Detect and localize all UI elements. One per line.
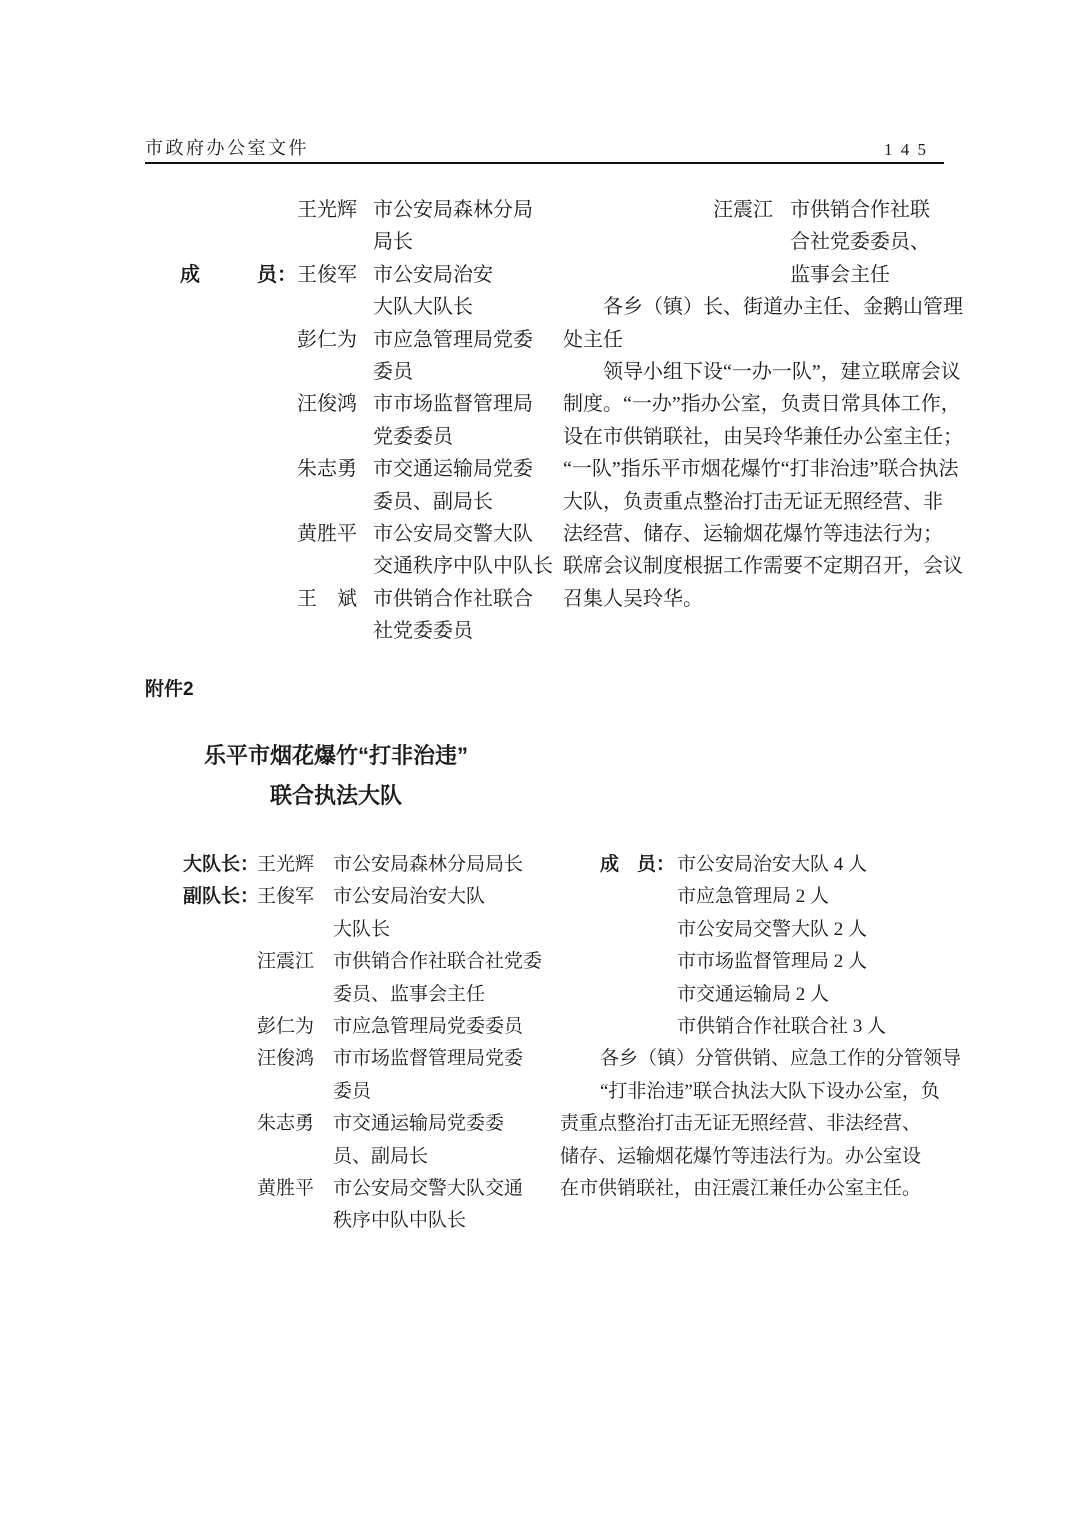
header-rule (145, 162, 944, 164)
text-line: 市公安局治安大队 (333, 881, 553, 913)
text-line: 市公安局森林分局 (373, 194, 560, 226)
person-title: 市供销合作社联合社党委委员、监事会主任 (333, 946, 553, 1011)
text-line: 市供销合作社联合社党委 (333, 946, 553, 978)
person-name: 王 斌 (297, 583, 373, 615)
text-line: 市公安局治安大队 4 人 (677, 849, 964, 881)
role-label-part: 成 (180, 259, 200, 291)
text-line: 责重点整治打击无证无照经营、非法经营、 (560, 1108, 964, 1140)
document-page: 市政府办公室文件 1 4 5 王光辉市公安局森林分局局长成员：王俊军市公安局治安… (0, 0, 1074, 1520)
text-line: 各乡（镇）长、街道办主任、金鹅山管理 (563, 291, 965, 323)
text-line: 合社党委委员、 (790, 226, 965, 258)
text-line: 委员、副局长 (373, 486, 560, 518)
roster-row: 汪震江市供销合作社联合社党委委员、监事会主任 (563, 194, 965, 291)
role-label-part: 员： (257, 259, 297, 291)
person-name: 王光辉 (257, 849, 333, 881)
attachment-title: 乐平市烟花爆竹“打非治违” 联合执法大队 (150, 736, 522, 816)
roster-row: 彭仁为市应急管理局党委委员 (183, 1011, 553, 1043)
role-label: 成员： (600, 849, 675, 881)
page-number: 1 4 5 (884, 140, 928, 160)
role-label: 大队长： (183, 849, 257, 881)
person-title: 市交通运输局党委委员、副局长 (333, 1108, 553, 1173)
text-line: 市公安局交警大队 (373, 518, 560, 550)
text-line: 设在市供销联社，由吴玲华兼任办公室主任； (563, 421, 965, 453)
text-line: 处主任 (563, 324, 965, 356)
role-label: 成员： (180, 259, 297, 291)
person-title: 市应急管理局党委委员 (333, 1011, 553, 1043)
text-line: “打非治违”联合执法大队下设办公室，负 (560, 1076, 964, 1108)
roster-row: 朱志勇市交通运输局党委委员、副局长 (180, 453, 560, 518)
text-line: 市应急管理局党委 (373, 324, 560, 356)
text-line: “一队”指乐平市烟花爆竹“打非治违”联合执法 (563, 453, 965, 485)
text-line: 市市场监督管理局党委 (333, 1043, 553, 1075)
roster-row: 汪俊鸿市市场监督管理局党委委员 (180, 388, 560, 453)
person-name: 汪俊鸿 (297, 388, 373, 420)
text-line: 市公安局交警大队 2 人 (677, 914, 964, 946)
person-title: 市交通运输局党委委员、副局长 (373, 453, 560, 518)
text-line: 市应急管理局 2 人 (677, 881, 964, 913)
text-line: 局长 (373, 226, 560, 258)
roster-row: 大队长：王光辉市公安局森林分局局长 (183, 849, 553, 881)
top-roster-left-column: 王光辉市公安局森林分局局长成员：王俊军市公安局治安大队大队长彭仁为市应急管理局党… (180, 194, 560, 648)
person-name: 彭仁为 (297, 324, 373, 356)
person-title: 市公安局交警大队交通秩序中队中队长 (333, 1173, 553, 1238)
person-name: 王光辉 (297, 194, 373, 226)
text-line: 法经营、储存、运输烟花爆竹等违法行为； (563, 518, 965, 550)
text-line: 市市场监督管理局 (373, 388, 560, 420)
person-title: 市供销合作社联合社党委委员 (373, 583, 560, 648)
text-line: 委员 (333, 1076, 553, 1108)
person-title: 市市场监督管理局党委委员 (333, 1043, 553, 1108)
person-name: 王俊军 (257, 881, 333, 913)
roster-row: 朱志勇市交通运输局党委委员、副局长 (183, 1108, 553, 1173)
person-name: 王俊军 (297, 259, 373, 291)
role-label-part: 员： (637, 849, 675, 881)
text-line: 市市场监督管理局 2 人 (677, 946, 964, 978)
person-name: 黄胜平 (297, 518, 373, 550)
text-line: 各乡（镇）分管供销、应急工作的分管领导 (560, 1043, 964, 1075)
text-line: 大队长 (333, 914, 553, 946)
text-line: 市交通运输局党委委 (333, 1108, 553, 1140)
text-line: 市交通运输局 2 人 (677, 979, 964, 1011)
text-line: 大队，负责重点整治打击无证无照经营、非 (563, 486, 965, 518)
role-label: 副队长： (183, 881, 257, 913)
roster-row: 王光辉市公安局森林分局局长 (180, 194, 560, 259)
person-title: 市公安局森林分局局长 (333, 849, 553, 881)
text-line: 委员 (373, 356, 560, 388)
text-line: 在市供销联社，由汪震江兼任办公室主任。 (560, 1173, 964, 1205)
roster-row: 黄胜平市公安局交警大队交通秩序中队中队长 (183, 1173, 553, 1238)
person-name: 汪俊鸿 (257, 1043, 333, 1075)
text-line: 秩序中队中队长 (333, 1205, 553, 1237)
attachment-label: 附件2 (145, 674, 194, 701)
person-title: 市供销合作社联合社党委委员、监事会主任 (790, 194, 965, 291)
person-title: 市公安局交警大队交通秩序中队中队长 (373, 518, 560, 583)
roster-row: 彭仁为市应急管理局党委委员 (180, 324, 560, 389)
text-line: 大队大队长 (373, 291, 560, 323)
text-line: 市公安局治安 (373, 259, 560, 291)
text-line: 联席会议制度根据工作需要不定期召开，会议 (563, 550, 965, 582)
paragraph-office-duties: “打非治违”联合执法大队下设办公室，负责重点整治打击无证无照经营、非法经营、储存… (560, 1076, 964, 1206)
text-line: 市公安局交警大队交通 (333, 1173, 553, 1205)
roster-row: 成员：王俊军市公安局治安大队大队长 (180, 259, 560, 324)
text-line: 委员、监事会主任 (333, 979, 553, 1011)
text-line: 市供销合作社联合 (373, 583, 560, 615)
roster-row: 副队长：王俊军市公安局治安大队大队长 (183, 881, 553, 946)
member-counts: 市公安局治安大队 4 人市应急管理局 2 人市公安局交警大队 2 人市市场监督管… (677, 849, 964, 1043)
text-line: 市交通运输局党委 (373, 453, 560, 485)
text-line: 储存、运输烟花爆竹等违法行为。办公室设 (560, 1141, 964, 1173)
paragraph-township-leaders: 各乡（镇）分管供销、应急工作的分管领导 (560, 1043, 964, 1075)
person-title: 市市场监督管理局党委委员 (373, 388, 560, 453)
roster-row: 黄胜平市公安局交警大队交通秩序中队中队长 (180, 518, 560, 583)
person-title: 市公安局森林分局局长 (373, 194, 560, 259)
person-title: 市公安局治安大队大队长 (373, 259, 560, 324)
person-title: 市公安局治安大队大队长 (333, 881, 553, 946)
attachment-title-line-1: 乐平市烟花爆竹“打非治违” (150, 736, 522, 776)
role-label-part: 成 (600, 849, 619, 881)
text-line: 市应急管理局党委委员 (333, 1011, 553, 1043)
text-line: 市公安局森林分局局长 (333, 849, 553, 881)
text-line: 员、副局长 (333, 1141, 553, 1173)
person-name: 汪震江 (257, 946, 333, 978)
text-line: 召集人吴玲华。 (563, 583, 965, 615)
paragraph-leading-group: 领导小组下设“一办一队”，建立联席会议制度。“一办”指办公室，负责日常具体工作，… (563, 356, 965, 615)
person-name: 彭仁为 (257, 1011, 333, 1043)
members-count-row: 成员：市公安局治安大队 4 人市应急管理局 2 人市公安局交警大队 2 人市市场… (600, 849, 964, 1043)
roster-row: 王 斌市供销合作社联合社党委委员 (180, 583, 560, 648)
person-name: 黄胜平 (257, 1173, 333, 1205)
bottom-roster-right-column: 成员：市公安局治安大队 4 人市应急管理局 2 人市公安局交警大队 2 人市市场… (560, 849, 964, 1205)
text-line: 市供销合作社联合社 3 人 (677, 1011, 964, 1043)
doc-type-text: 市政府办公室文件 (145, 134, 309, 160)
text-line: 制度。“一办”指办公室，负责日常具体工作， (563, 388, 965, 420)
person-name: 朱志勇 (297, 453, 373, 485)
text-line: 交通秩序中队中队长 (373, 550, 560, 582)
text-line: 市供销合作社联 (790, 194, 965, 226)
text-line: 领导小组下设“一办一队”，建立联席会议 (563, 356, 965, 388)
person-name: 汪震江 (713, 194, 790, 226)
text-line: 监事会主任 (790, 259, 965, 291)
paragraph-townships: 各乡（镇）长、街道办主任、金鹅山管理处主任 (563, 291, 965, 356)
person-name: 朱志勇 (257, 1108, 333, 1140)
text-line: 社党委委员 (373, 615, 560, 647)
bottom-roster-left-column: 大队长：王光辉市公安局森林分局局长副队长：王俊军市公安局治安大队大队长汪震江市供… (183, 849, 553, 1238)
member-row-group: 汪震江市供销合作社联合社党委委员、监事会主任 (563, 194, 965, 291)
attachment-title-line-2: 联合执法大队 (150, 776, 522, 816)
top-roster-right-column: 汪震江市供销合作社联合社党委委员、监事会主任 各乡（镇）长、街道办主任、金鹅山管… (563, 194, 965, 615)
person-title: 市应急管理局党委委员 (373, 324, 560, 389)
roster-row: 汪俊鸿市市场监督管理局党委委员 (183, 1043, 553, 1108)
roster-row: 汪震江市供销合作社联合社党委委员、监事会主任 (183, 946, 553, 1011)
text-line: 党委委员 (373, 421, 560, 453)
